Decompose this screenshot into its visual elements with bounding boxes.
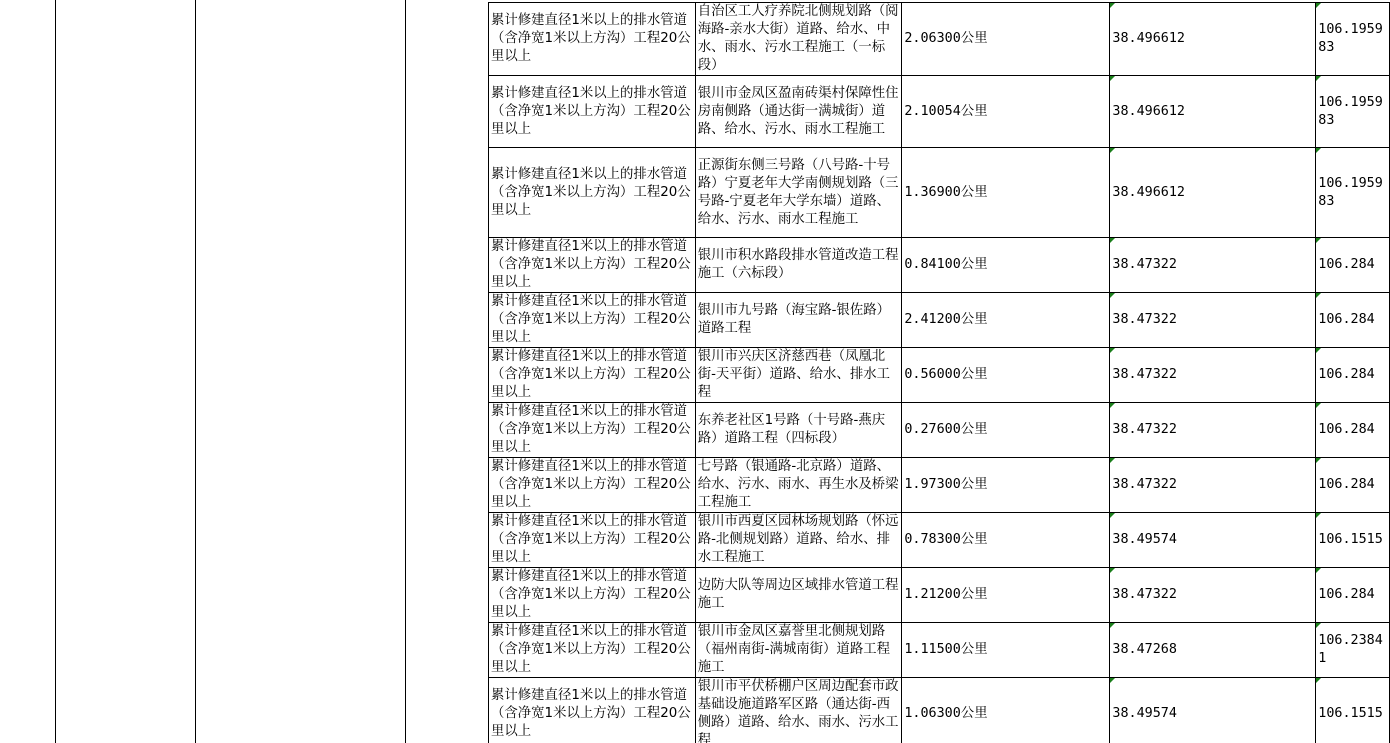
cell-requirement[interactable]: 累计修建直径1米以上的排水管道（含净宽1米以上方沟）工程20公里以上 <box>489 238 696 293</box>
table-body: 累计修建直径1米以上的排水管道（含净宽1米以上方沟）工程20公里以上 自治区工人… <box>489 3 1390 743</box>
cell-requirement[interactable]: 累计修建直径1米以上的排水管道（含净宽1米以上方沟）工程20公里以上 <box>489 458 696 513</box>
cell-longitude[interactable]: 106.284 <box>1316 458 1390 513</box>
project-name-text: 银川市金凤区盈南砖渠村保障性住房南侧路（通达街一满城街）道路、给水、污水、雨水工… <box>698 86 899 137</box>
cell-latitude[interactable]: 38.496612 <box>1110 3 1316 76</box>
latitude-text: 38.496612 <box>1112 104 1185 119</box>
project-name-text: 银川市九号路（海宝路-银佐路）道路工程 <box>698 303 890 336</box>
project-name-text: 银川市平伏桥棚户区周边配套市政基础设施道路军区路（通达街-西侧路）道路、给水、雨… <box>698 679 899 743</box>
project-name-text: 银川市金凤区嘉誉里北侧规划路（福州南街-满城南街）道路工程施工 <box>698 624 890 675</box>
longitude-text: 106.195983 <box>1318 22 1383 55</box>
comment-indicator-icon <box>1110 623 1115 628</box>
cell-project-name[interactable]: 边防大队等周边区域排水管道工程施工 <box>695 568 902 623</box>
length-text: 0.78300公里 <box>904 532 987 547</box>
cell-longitude[interactable]: 106.284 <box>1316 238 1390 293</box>
longitude-text: 106.1515 <box>1318 706 1383 721</box>
cell-requirement[interactable]: 累计修建直径1米以上的排水管道（含净宽1米以上方沟）工程20公里以上 <box>489 623 696 678</box>
cell-longitude[interactable]: 106.195983 <box>1316 148 1390 238</box>
cell-latitude[interactable]: 38.496612 <box>1110 76 1316 148</box>
latitude-text: 38.47322 <box>1112 312 1177 327</box>
cell-requirement[interactable]: 累计修建直径1米以上的排水管道（含净宽1米以上方沟）工程20公里以上 <box>489 348 696 403</box>
cell-project-name[interactable]: 银川市积水路段排水管道改造工程施工（六标段） <box>695 238 902 293</box>
table-row: 累计修建直径1米以上的排水管道（含净宽1米以上方沟）工程20公里以上 七号路（银… <box>489 458 1390 513</box>
cell-project-name[interactable]: 东养老社区1号路（十号路-燕庆路）道路工程（四标段） <box>695 403 902 458</box>
longitude-text: 106.284 <box>1318 367 1374 382</box>
cell-project-name[interactable]: 七号路（银通路-北京路）道路、给水、污水、雨水、再生水及桥梁工程施工 <box>695 458 902 513</box>
column-border <box>55 0 56 743</box>
table-row: 累计修建直径1米以上的排水管道（含净宽1米以上方沟）工程20公里以上 银川市金凤… <box>489 623 1390 678</box>
requirement-text: 累计修建直径1米以上的排水管道（含净宽1米以上方沟）工程20公里以上 <box>491 349 691 400</box>
cell-longitude[interactable]: 106.1515 <box>1316 513 1390 568</box>
length-text: 2.10054公里 <box>904 104 987 119</box>
cell-project-name[interactable]: 银川市平伏桥棚户区周边配套市政基础设施道路军区路（通达街-西侧路）道路、给水、雨… <box>695 678 902 743</box>
length-text: 0.27600公里 <box>904 422 987 437</box>
project-name-text: 银川市兴庆区济慈西巷（凤凰北街-天平街）道路、给水、排水工程 <box>698 349 890 400</box>
comment-indicator-icon <box>1110 678 1115 683</box>
cell-latitude[interactable]: 38.47268 <box>1110 623 1316 678</box>
latitude-text: 38.47268 <box>1112 642 1177 657</box>
comment-indicator-icon <box>1110 513 1115 518</box>
latitude-text: 38.47322 <box>1112 587 1177 602</box>
comment-indicator-icon <box>1316 458 1321 463</box>
cell-requirement[interactable]: 累计修建直径1米以上的排水管道（含净宽1米以上方沟）工程20公里以上 <box>489 3 696 76</box>
cell-length[interactable]: 1.97300公里 <box>902 458 1110 513</box>
comment-indicator-icon <box>1110 568 1115 573</box>
longitude-text: 106.284 <box>1318 477 1374 492</box>
cell-longitude[interactable]: 106.284 <box>1316 293 1390 348</box>
requirement-text: 累计修建直径1米以上的排水管道（含净宽1米以上方沟）工程20公里以上 <box>491 514 691 565</box>
cell-latitude[interactable]: 38.49574 <box>1110 513 1316 568</box>
latitude-text: 38.496612 <box>1112 31 1185 46</box>
cell-length[interactable]: 0.78300公里 <box>902 513 1110 568</box>
cell-length[interactable]: 1.36900公里 <box>902 148 1110 238</box>
cell-latitude[interactable]: 38.496612 <box>1110 148 1316 238</box>
requirement-text: 累计修建直径1米以上的排水管道（含净宽1米以上方沟）工程20公里以上 <box>491 688 691 739</box>
comment-indicator-icon <box>1110 348 1115 353</box>
cell-project-name[interactable]: 银川市金凤区盈南砖渠村保障性住房南侧路（通达街一满城街）道路、给水、污水、雨水工… <box>695 76 902 148</box>
length-text: 1.36900公里 <box>904 185 987 200</box>
cell-length[interactable]: 0.56000公里 <box>902 348 1110 403</box>
project-name-text: 银川市西夏区园林场规划路（怀远路-北侧规划路）道路、给水、排水工程施工 <box>698 514 899 565</box>
comment-indicator-icon <box>1316 403 1321 408</box>
cell-longitude[interactable]: 106.284 <box>1316 348 1390 403</box>
cell-project-name[interactable]: 银川市兴庆区济慈西巷（凤凰北街-天平街）道路、给水、排水工程 <box>695 348 902 403</box>
requirement-text: 累计修建直径1米以上的排水管道（含净宽1米以上方沟）工程20公里以上 <box>491 459 691 510</box>
cell-requirement[interactable]: 累计修建直径1米以上的排水管道（含净宽1米以上方沟）工程20公里以上 <box>489 148 696 238</box>
project-table: 累计修建直径1米以上的排水管道（含净宽1米以上方沟）工程20公里以上 自治区工人… <box>488 2 1390 743</box>
cell-project-name[interactable]: 银川市金凤区嘉誉里北侧规划路（福州南街-满城南街）道路工程施工 <box>695 623 902 678</box>
project-name-text: 银川市积水路段排水管道改造工程施工（六标段） <box>698 248 899 281</box>
cell-longitude[interactable]: 106.195983 <box>1316 3 1390 76</box>
cell-requirement[interactable]: 累计修建直径1米以上的排水管道（含净宽1米以上方沟）工程20公里以上 <box>489 293 696 348</box>
cell-length[interactable]: 0.84100公里 <box>902 238 1110 293</box>
cell-requirement[interactable]: 累计修建直径1米以上的排水管道（含净宽1米以上方沟）工程20公里以上 <box>489 513 696 568</box>
latitude-text: 38.496612 <box>1112 185 1185 200</box>
cell-longitude[interactable]: 106.195983 <box>1316 76 1390 148</box>
cell-latitude[interactable]: 38.47322 <box>1110 403 1316 458</box>
comment-indicator-icon <box>1110 3 1115 8</box>
cell-latitude[interactable]: 38.47322 <box>1110 348 1316 403</box>
longitude-text: 106.284 <box>1318 587 1374 602</box>
cell-requirement[interactable]: 累计修建直径1米以上的排水管道（含净宽1米以上方沟）工程20公里以上 <box>489 403 696 458</box>
cell-latitude[interactable]: 38.47322 <box>1110 458 1316 513</box>
length-text: 1.21200公里 <box>904 587 987 602</box>
comment-indicator-icon <box>1110 238 1115 243</box>
cell-latitude[interactable]: 38.49574 <box>1110 678 1316 743</box>
table-row: 累计修建直径1米以上的排水管道（含净宽1米以上方沟）工程20公里以上 银川市九号… <box>489 293 1390 348</box>
cell-requirement[interactable]: 累计修建直径1米以上的排水管道（含净宽1米以上方沟）工程20公里以上 <box>489 568 696 623</box>
requirement-text: 累计修建直径1米以上的排水管道（含净宽1米以上方沟）工程20公里以上 <box>491 294 691 345</box>
requirement-text: 累计修建直径1米以上的排水管道（含净宽1米以上方沟）工程20公里以上 <box>491 404 691 455</box>
table-row: 累计修建直径1米以上的排水管道（含净宽1米以上方沟）工程20公里以上 银川市积水… <box>489 238 1390 293</box>
table-row: 累计修建直径1米以上的排水管道（含净宽1米以上方沟）工程20公里以上 自治区工人… <box>489 3 1390 76</box>
comment-indicator-icon <box>1110 293 1115 298</box>
table-row: 累计修建直径1米以上的排水管道（含净宽1米以上方沟）工程20公里以上 银川市西夏… <box>489 513 1390 568</box>
project-name-text: 东养老社区1号路（十号路-燕庆路）道路工程（四标段） <box>698 413 885 446</box>
latitude-text: 38.47322 <box>1112 367 1177 382</box>
cell-length[interactable]: 2.10054公里 <box>902 76 1110 148</box>
table-row: 累计修建直径1米以上的排水管道（含净宽1米以上方沟）工程20公里以上 银川市平伏… <box>489 678 1390 743</box>
cell-length[interactable]: 0.27600公里 <box>902 403 1110 458</box>
longitude-text: 106.195983 <box>1318 95 1383 128</box>
latitude-text: 38.47322 <box>1112 422 1177 437</box>
table-row: 累计修建直径1米以上的排水管道（含净宽1米以上方沟）工程20公里以上 正源街东侧… <box>489 148 1390 238</box>
cell-project-name[interactable]: 银川市西夏区园林场规划路（怀远路-北侧规划路）道路、给水、排水工程施工 <box>695 513 902 568</box>
column-border <box>405 0 406 743</box>
cell-length[interactable]: 1.06300公里 <box>902 678 1110 743</box>
longitude-text: 106.23841 <box>1318 633 1383 666</box>
length-text: 1.97300公里 <box>904 477 987 492</box>
cell-project-name[interactable]: 正源街东侧三号路（八号路-十号路）宁夏老年大学南侧规划路（三号路-宁夏老年大学东… <box>695 148 902 238</box>
cell-requirement[interactable]: 累计修建直径1米以上的排水管道（含净宽1米以上方沟）工程20公里以上 <box>489 76 696 148</box>
length-text: 2.06300公里 <box>904 31 987 46</box>
length-text: 1.06300公里 <box>904 706 987 721</box>
requirement-text: 累计修建直径1米以上的排水管道（含净宽1米以上方沟）工程20公里以上 <box>491 13 691 64</box>
comment-indicator-icon <box>1316 76 1321 81</box>
project-name-text: 自治区工人疗养院北侧规划路（阅海路-亲水大街）道路、给水、中水、雨水、污水工程施… <box>698 4 899 73</box>
comment-indicator-icon <box>1316 568 1321 573</box>
cell-length[interactable]: 2.41200公里 <box>902 293 1110 348</box>
length-text: 1.11500公里 <box>904 642 987 657</box>
comment-indicator-icon <box>1316 348 1321 353</box>
requirement-text: 累计修建直径1米以上的排水管道（含净宽1米以上方沟）工程20公里以上 <box>491 167 691 218</box>
project-name-text: 七号路（银通路-北京路）道路、给水、污水、雨水、再生水及桥梁工程施工 <box>698 459 899 510</box>
table-row: 累计修建直径1米以上的排水管道（含净宽1米以上方沟）工程20公里以上 东养老社区… <box>489 403 1390 458</box>
latitude-text: 38.47322 <box>1112 257 1177 272</box>
latitude-text: 38.49574 <box>1112 532 1177 547</box>
cell-project-name[interactable]: 银川市九号路（海宝路-银佐路）道路工程 <box>695 293 902 348</box>
comment-indicator-icon <box>1316 148 1321 153</box>
requirement-text: 累计修建直径1米以上的排水管道（含净宽1米以上方沟）工程20公里以上 <box>491 239 691 290</box>
cell-length[interactable]: 1.11500公里 <box>902 623 1110 678</box>
requirement-text: 累计修建直径1米以上的排水管道（含净宽1米以上方沟）工程20公里以上 <box>491 624 691 675</box>
table-row: 累计修建直径1米以上的排水管道（含净宽1米以上方沟）工程20公里以上 边防大队等… <box>489 568 1390 623</box>
latitude-text: 38.47322 <box>1112 477 1177 492</box>
comment-indicator-icon <box>1110 403 1115 408</box>
cell-latitude[interactable]: 38.47322 <box>1110 568 1316 623</box>
length-text: 0.56000公里 <box>904 367 987 382</box>
comment-indicator-icon <box>1110 458 1115 463</box>
cell-longitude[interactable]: 106.1515 <box>1316 678 1390 743</box>
cell-latitude[interactable]: 38.47322 <box>1110 293 1316 348</box>
comment-indicator-icon <box>1316 623 1321 628</box>
comment-indicator-icon <box>1316 3 1321 8</box>
latitude-text: 38.49574 <box>1112 706 1177 721</box>
project-name-text: 边防大队等周边区域排水管道工程施工 <box>698 578 899 611</box>
comment-indicator-icon <box>1316 293 1321 298</box>
comment-indicator-icon <box>1316 678 1321 683</box>
comment-indicator-icon <box>1316 513 1321 518</box>
cell-longitude[interactable]: 106.284 <box>1316 568 1390 623</box>
longitude-text: 106.284 <box>1318 257 1374 272</box>
comment-indicator-icon <box>1316 238 1321 243</box>
spreadsheet-view: 累计修建直径1米以上的排水管道（含净宽1米以上方沟）工程20公里以上 自治区工人… <box>0 0 1390 743</box>
cell-project-name[interactable]: 自治区工人疗养院北侧规划路（阅海路-亲水大街）道路、给水、中水、雨水、污水工程施… <box>695 3 902 76</box>
table-row: 累计修建直径1米以上的排水管道（含净宽1米以上方沟）工程20公里以上 银川市兴庆… <box>489 348 1390 403</box>
cell-longitude[interactable]: 106.284 <box>1316 403 1390 458</box>
longitude-text: 106.284 <box>1318 422 1374 437</box>
length-text: 0.84100公里 <box>904 257 987 272</box>
cell-latitude[interactable]: 38.47322 <box>1110 238 1316 293</box>
longitude-text: 106.284 <box>1318 312 1374 327</box>
comment-indicator-icon <box>1110 76 1115 81</box>
length-text: 2.41200公里 <box>904 312 987 327</box>
cell-requirement[interactable]: 累计修建直径1米以上的排水管道（含净宽1米以上方沟）工程20公里以上 <box>489 678 696 743</box>
cell-length[interactable]: 1.21200公里 <box>902 568 1110 623</box>
project-name-text: 正源街东侧三号路（八号路-十号路）宁夏老年大学南侧规划路（三号路-宁夏老年大学东… <box>698 158 899 227</box>
longitude-text: 106.1515 <box>1318 532 1383 547</box>
table-row: 累计修建直径1米以上的排水管道（含净宽1米以上方沟）工程20公里以上 银川市金凤… <box>489 76 1390 148</box>
cell-longitude[interactable]: 106.23841 <box>1316 623 1390 678</box>
column-border <box>195 0 196 743</box>
requirement-text: 累计修建直径1米以上的排水管道（含净宽1米以上方沟）工程20公里以上 <box>491 86 691 137</box>
requirement-text: 累计修建直径1米以上的排水管道（含净宽1米以上方沟）工程20公里以上 <box>491 569 691 620</box>
comment-indicator-icon <box>1110 148 1115 153</box>
longitude-text: 106.195983 <box>1318 176 1383 209</box>
cell-length[interactable]: 2.06300公里 <box>902 3 1110 76</box>
